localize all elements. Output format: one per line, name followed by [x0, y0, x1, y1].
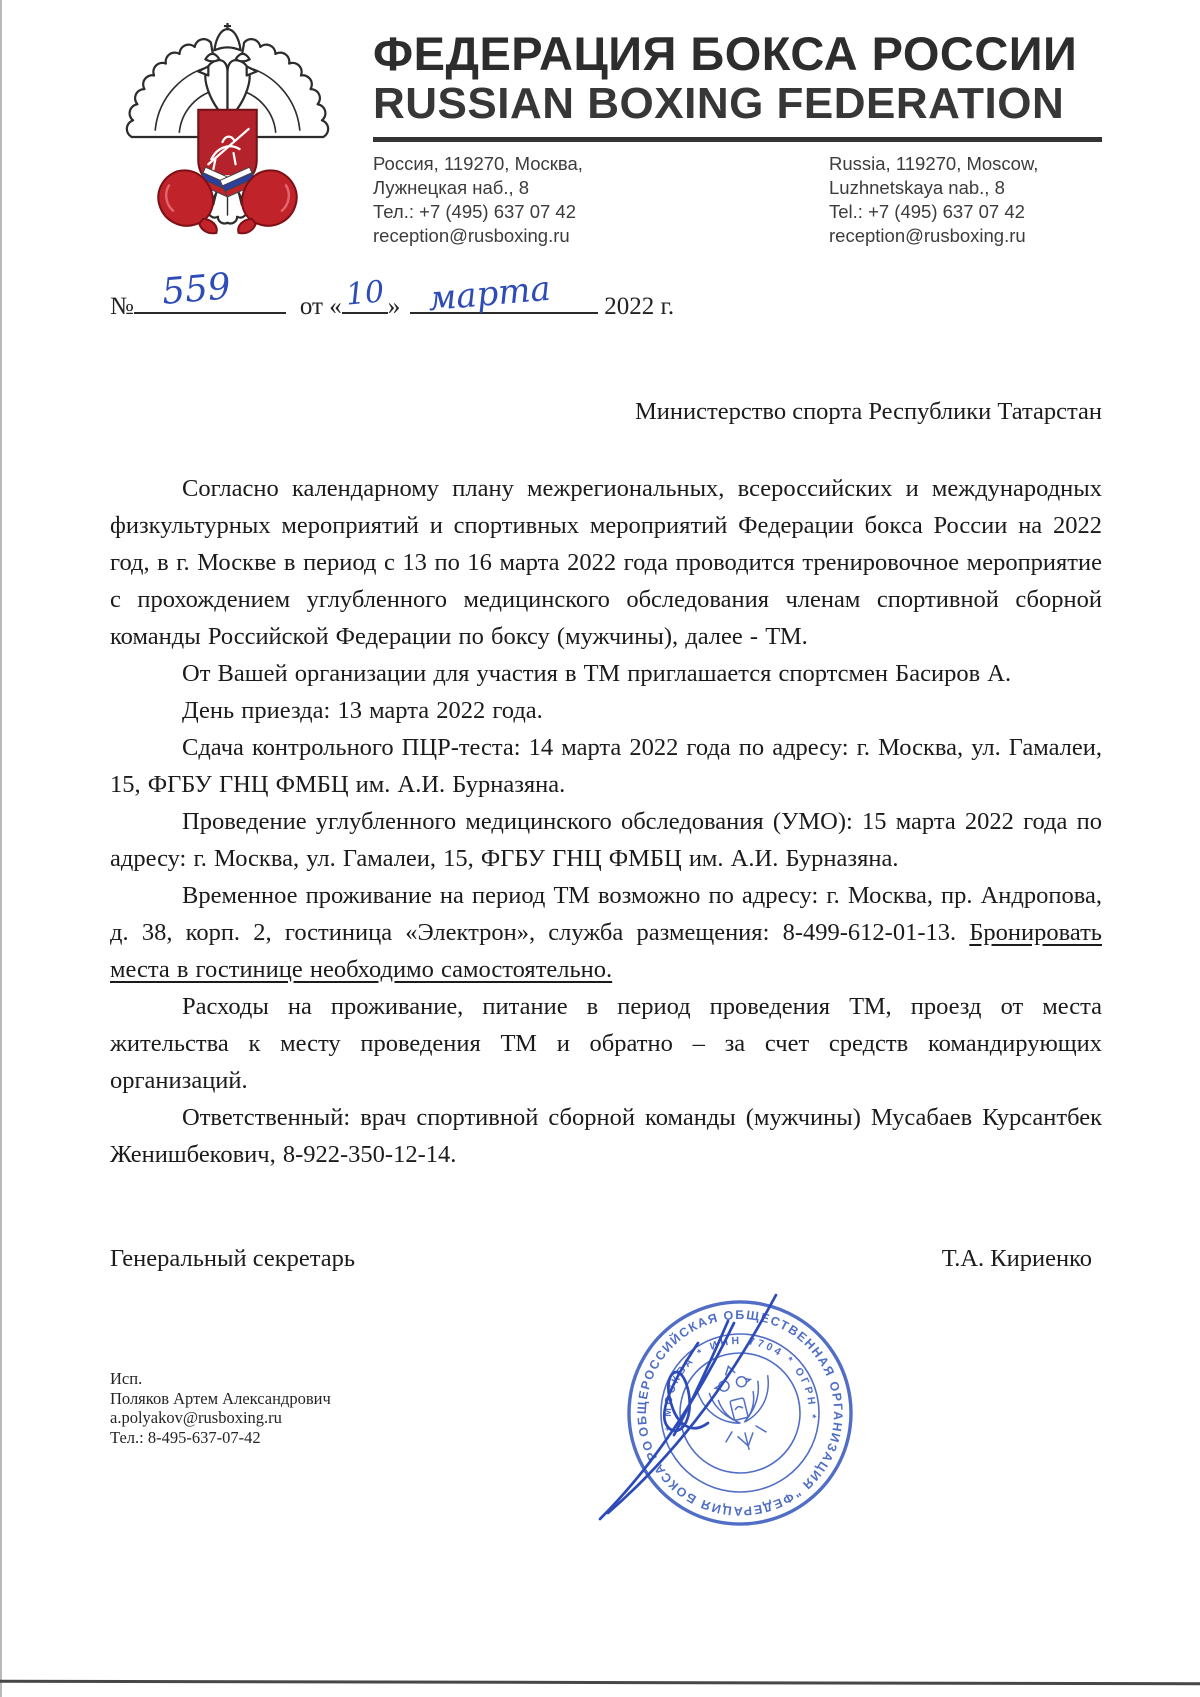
address-line: Tel.: +7 (495) 637 07 42 [829, 200, 1038, 224]
address-line: Тел.: +7 (495) 637 07 42 [373, 200, 829, 224]
reference-line: №559от «10»марта2022 г. [110, 284, 1102, 332]
year-suffix: 2022 г. [604, 293, 674, 320]
number-blank: 559 [134, 284, 286, 314]
handwritten-number: 559 [160, 266, 232, 313]
day-blank: 10 [342, 284, 388, 314]
paragraph: Расходы на проживание, питание в период … [110, 988, 1102, 1099]
executor-label: Исп. [110, 1369, 1102, 1389]
handwritten-day: 10 [344, 274, 385, 312]
from-label: от [300, 293, 323, 320]
address-line: Россия, 119270, Москва, [373, 152, 829, 176]
signature-row: Генеральный секретарь Т.А. Кириенко [110, 1245, 1102, 1273]
paragraph: Ответственный: врач спортивной сборной к… [110, 1099, 1102, 1173]
scan-edge-left [0, 0, 2, 1697]
address-english: Russia, 119270, Moscow, Luzhnetskaya nab… [829, 152, 1038, 248]
double-headed-eagle-icon [110, 20, 345, 252]
paragraph-text: Временное проживание на период ТМ возмож… [110, 882, 1102, 946]
paragraph: Сдача контрольного ПЦР-теста: 14 марта 2… [110, 729, 1102, 803]
letterhead: ФЕДЕРАЦИЯ БОКСА РОССИИ RUSSIAN BOXING FE… [110, 20, 1102, 252]
address-line: Лужнецкая наб., 8 [373, 176, 829, 200]
address-block: Россия, 119270, Москва, Лужнецкая наб., … [373, 152, 1102, 248]
recipient: Министерство спорта Республики Татарстан [110, 398, 1102, 426]
address-line: Luzhnetskaya nab., 8 [829, 176, 1038, 200]
signatory-name: Т.А. Кириенко [942, 1245, 1102, 1273]
handwritten-month: марта [427, 269, 553, 320]
address-russian: Россия, 119270, Москва, Лужнецкая наб., … [373, 152, 829, 248]
letterhead-text: ФЕДЕРАЦИЯ БОКСА РОССИИ RUSSIAN BOXING FE… [345, 20, 1102, 248]
paragraph: Временное проживание на период ТМ возмож… [110, 877, 1102, 988]
executor-phone: Тел.: 8-495-637-07-42 [110, 1428, 1102, 1448]
paragraph: Согласно календарному плану межрегиональ… [110, 470, 1102, 655]
letter-body: Согласно календарному плану межрегиональ… [110, 470, 1102, 1173]
executor-name: Поляков Артем Александрович [110, 1389, 1102, 1409]
letter-page: ФЕДЕРАЦИЯ БОКСА РОССИИ RUSSIAN BOXING FE… [0, 0, 1200, 1697]
address-line: Russia, 119270, Moscow, [829, 152, 1038, 176]
paragraph: Проведение углубленного медицинского обс… [110, 803, 1102, 877]
executor-block: Исп. Поляков Артем Александрович a.polya… [110, 1369, 1102, 1447]
org-name-ru: ФЕДЕРАЦИЯ БОКСА РОССИИ [373, 28, 1102, 80]
signatory-title: Генеральный секретарь [110, 1245, 355, 1273]
paragraph: От Вашей организации для участия в ТМ пр… [110, 655, 1102, 692]
number-label: № [110, 293, 134, 320]
org-name-en: RUSSIAN BOXING FEDERATION [373, 80, 1102, 128]
month-blank: марта [410, 284, 598, 314]
rbf-emblem-logo [110, 20, 345, 252]
address-line: reception@rusboxing.ru [373, 224, 829, 248]
quote-open: « [329, 293, 342, 320]
executor-email: a.polyakov@rusboxing.ru [110, 1408, 1102, 1428]
header-rule [373, 137, 1102, 142]
quote-close: » [388, 293, 401, 320]
scan-edge-bottom [0, 1680, 1200, 1686]
paragraph: День приезда: 13 марта 2022 года. [110, 692, 1102, 729]
address-line: reception@rusboxing.ru [829, 224, 1038, 248]
